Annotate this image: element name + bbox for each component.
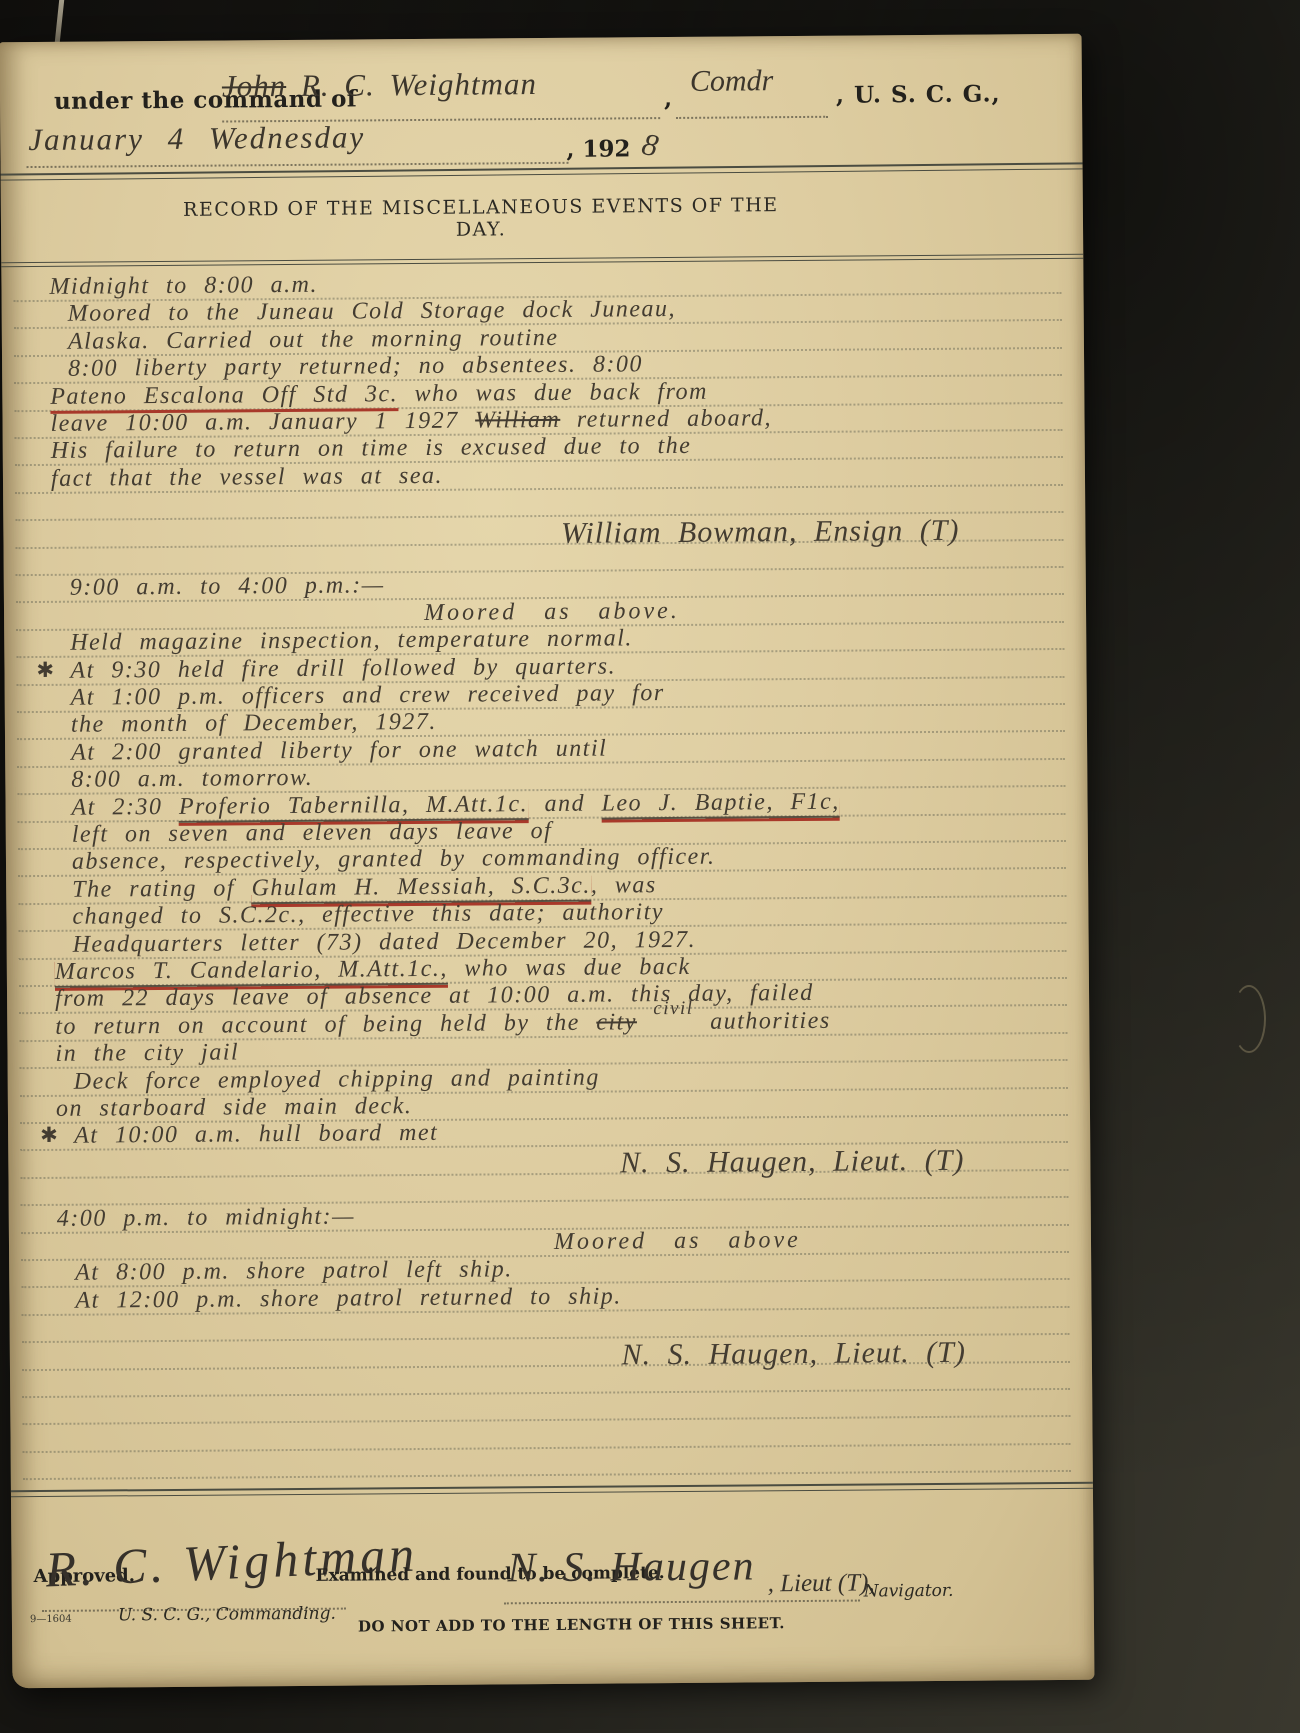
navigator-signature: N. S. Haugen (507, 1542, 755, 1592)
log-entry: left on seven and eleven days leave of (72, 818, 553, 849)
entry-text: Deck force employed chipping and paintin… (74, 1064, 600, 1094)
entry-text: At 10:00 a.m. hull board met (74, 1120, 438, 1149)
entry-text: absence, respectively, granted by comman… (72, 844, 716, 875)
entry-text: At 9:30 held fire drill followed by quar… (70, 653, 616, 683)
log-entry: Deck force employed chipping and paintin… (74, 1064, 600, 1095)
entry-text: At 8:00 p.m. shore patrol left ship. (75, 1257, 513, 1286)
logbook-photo: { "header": { "command_prefix": "under t… (0, 0, 1300, 1733)
entry-text: authorities (694, 1008, 831, 1035)
log-entry: Moored as above (554, 1227, 801, 1256)
log-entry: the month of December, 1927. (71, 709, 437, 739)
annotated-text: William (475, 407, 560, 434)
log-entry: His failure to return on time is excused… (51, 433, 692, 465)
entry-text: returned aboard, (560, 405, 772, 433)
entry-text: leave 10:00 a.m. January 1 1927 (50, 408, 475, 437)
ruled-line (23, 1470, 1071, 1480)
entry-text: 9:00 a.m. to 4:00 p.m.:— (70, 573, 385, 601)
entry-text: The rating of (72, 875, 252, 902)
entry-text: Held magazine inspection, temperature no… (70, 626, 633, 656)
entry-text: in the city jail (55, 1040, 239, 1067)
entry-text: Moored as above (554, 1227, 801, 1255)
entry-text: left on seven and eleven days leave of (72, 818, 553, 848)
log-entry: Alaska. Carried out the morning routine (68, 325, 559, 356)
log-entry: 8:00 a.m. tomorrow. (71, 765, 313, 794)
entry-text: , was (591, 872, 657, 899)
entry-text: the month of December, 1927. (71, 709, 437, 738)
asterisk-mark: ✱ (40, 1123, 59, 1148)
watch-officer-signature: William Bowman, Ensign (T) (561, 513, 960, 550)
page-curl-mark (1232, 985, 1266, 1053)
entry-text (637, 1009, 654, 1035)
log-entry: At 1:00 p.m. officers and crew received … (71, 680, 665, 712)
log-entry: ✱At 9:30 held fire drill followed by qua… (70, 653, 616, 684)
ruled-line (22, 1388, 1070, 1398)
navigator-rank-handwriting: , Lieut (T), (768, 1569, 875, 1598)
asterisk-mark: ✱ (36, 657, 55, 682)
annotated-text: civil (653, 998, 693, 1019)
entry-text: At 2:30 (71, 793, 179, 820)
length-warning-label: DO NOT ADD TO THE LENGTH OF THIS SHEET. (358, 1614, 785, 1635)
log-entry: The rating of Ghulam H. Messiah, S.C.3c.… (72, 872, 657, 904)
log-entry: in the city jail (55, 1040, 239, 1068)
form-number: 9—1604 (30, 1614, 72, 1625)
entry-text: N. S. Haugen, Lieut. (T) (621, 1335, 966, 1371)
log-entry: At 2:30 Proferio Tabernilla, M.Att.1c. a… (71, 788, 839, 821)
log-entry: Moored to the Juneau Cold Storage dock J… (68, 296, 677, 328)
entry-text: At 12:00 p.m. shore patrol returned to s… (75, 1283, 622, 1313)
entry-text: who was due back from (398, 378, 708, 406)
entry-text: to return on account of being held by th… (55, 1009, 596, 1039)
ruled-line (22, 1415, 1070, 1425)
log-entry: changed to S.C.2c., effective this date;… (72, 899, 664, 931)
log-entry: Moored as above. (424, 598, 680, 627)
log-entry: 9:00 a.m. to 4:00 p.m.:— (70, 573, 385, 602)
binding-thread (54, 0, 64, 46)
log-entry: At 2:00 granted liberty for one watch un… (71, 735, 607, 766)
entry-text: 8:00 a.m. tomorrow. (71, 765, 313, 793)
log-entry: Midnight to 8:00 a.m. (49, 272, 318, 301)
log-entry: At 8:00 p.m. shore patrol left ship. (75, 1257, 513, 1287)
entry-text: His failure to return on time is excused… (51, 433, 692, 464)
watch-officer-signature: N. S. Haugen, Lieut. (T) (620, 1144, 965, 1181)
log-entry: 8:00 liberty party returned; no absentee… (68, 351, 643, 383)
log-area: Midnight to 8:00 a.m.Moored to the Junea… (0, 34, 1094, 1688)
entry-text: on starboard side main deck. (56, 1093, 413, 1122)
navigator-label: Navigator. (864, 1581, 954, 1602)
entry-text: Moored as above. (424, 598, 680, 626)
entry-text: William Bowman, Ensign (T) (561, 513, 960, 549)
entry-text: Moored to the Juneau Cold Storage dock J… (68, 296, 677, 327)
entry-text: changed to S.C.2c., effective this date;… (72, 899, 664, 930)
annotated-text: Leo J. Baptie, F1c, (601, 788, 839, 819)
log-entry: Held magazine inspection, temperature no… (70, 626, 633, 657)
log-entry: At 12:00 p.m. shore patrol returned to s… (75, 1283, 622, 1314)
annotated-text: city (596, 1009, 637, 1035)
entry-text: who was due back (448, 954, 691, 982)
log-entry: ✱At 10:00 a.m. hull board met (74, 1120, 438, 1150)
logbook-page: under the command of John R. C. Weightma… (0, 34, 1094, 1688)
entry-text: Headquarters letter (73) dated December … (73, 926, 697, 957)
entry-text: and (528, 790, 602, 817)
entry-text: Alaska. Carried out the morning routine (68, 325, 559, 355)
entry-text: from 22 days leave of absence at 10:00 a… (55, 980, 814, 1012)
log-entry: Headquarters letter (73) dated December … (73, 926, 697, 958)
entry-text: At 1:00 p.m. officers and crew received … (71, 680, 665, 711)
entry-text: N. S. Haugen, Lieut. (T) (620, 1144, 965, 1180)
entry-text: fact that the vessel was at sea. (51, 463, 443, 492)
log-entry: 4:00 p.m. to midnight:— (57, 1203, 355, 1232)
entry-text: At 2:00 granted liberty for one watch un… (71, 735, 607, 765)
log-entry: on starboard side main deck. (56, 1093, 413, 1123)
entry-text: 4:00 p.m. to midnight:— (57, 1203, 355, 1231)
entry-text: 8:00 liberty party returned; no absentee… (68, 351, 643, 382)
log-entry: fact that the vessel was at sea. (51, 463, 443, 493)
ruled-line (23, 1443, 1071, 1453)
watch-officer-signature: N. S. Haugen, Lieut. (T) (621, 1335, 966, 1372)
entry-text: Midnight to 8:00 a.m. (49, 272, 318, 300)
commanding-label: U. S. C. G., Commanding. (118, 1604, 336, 1626)
